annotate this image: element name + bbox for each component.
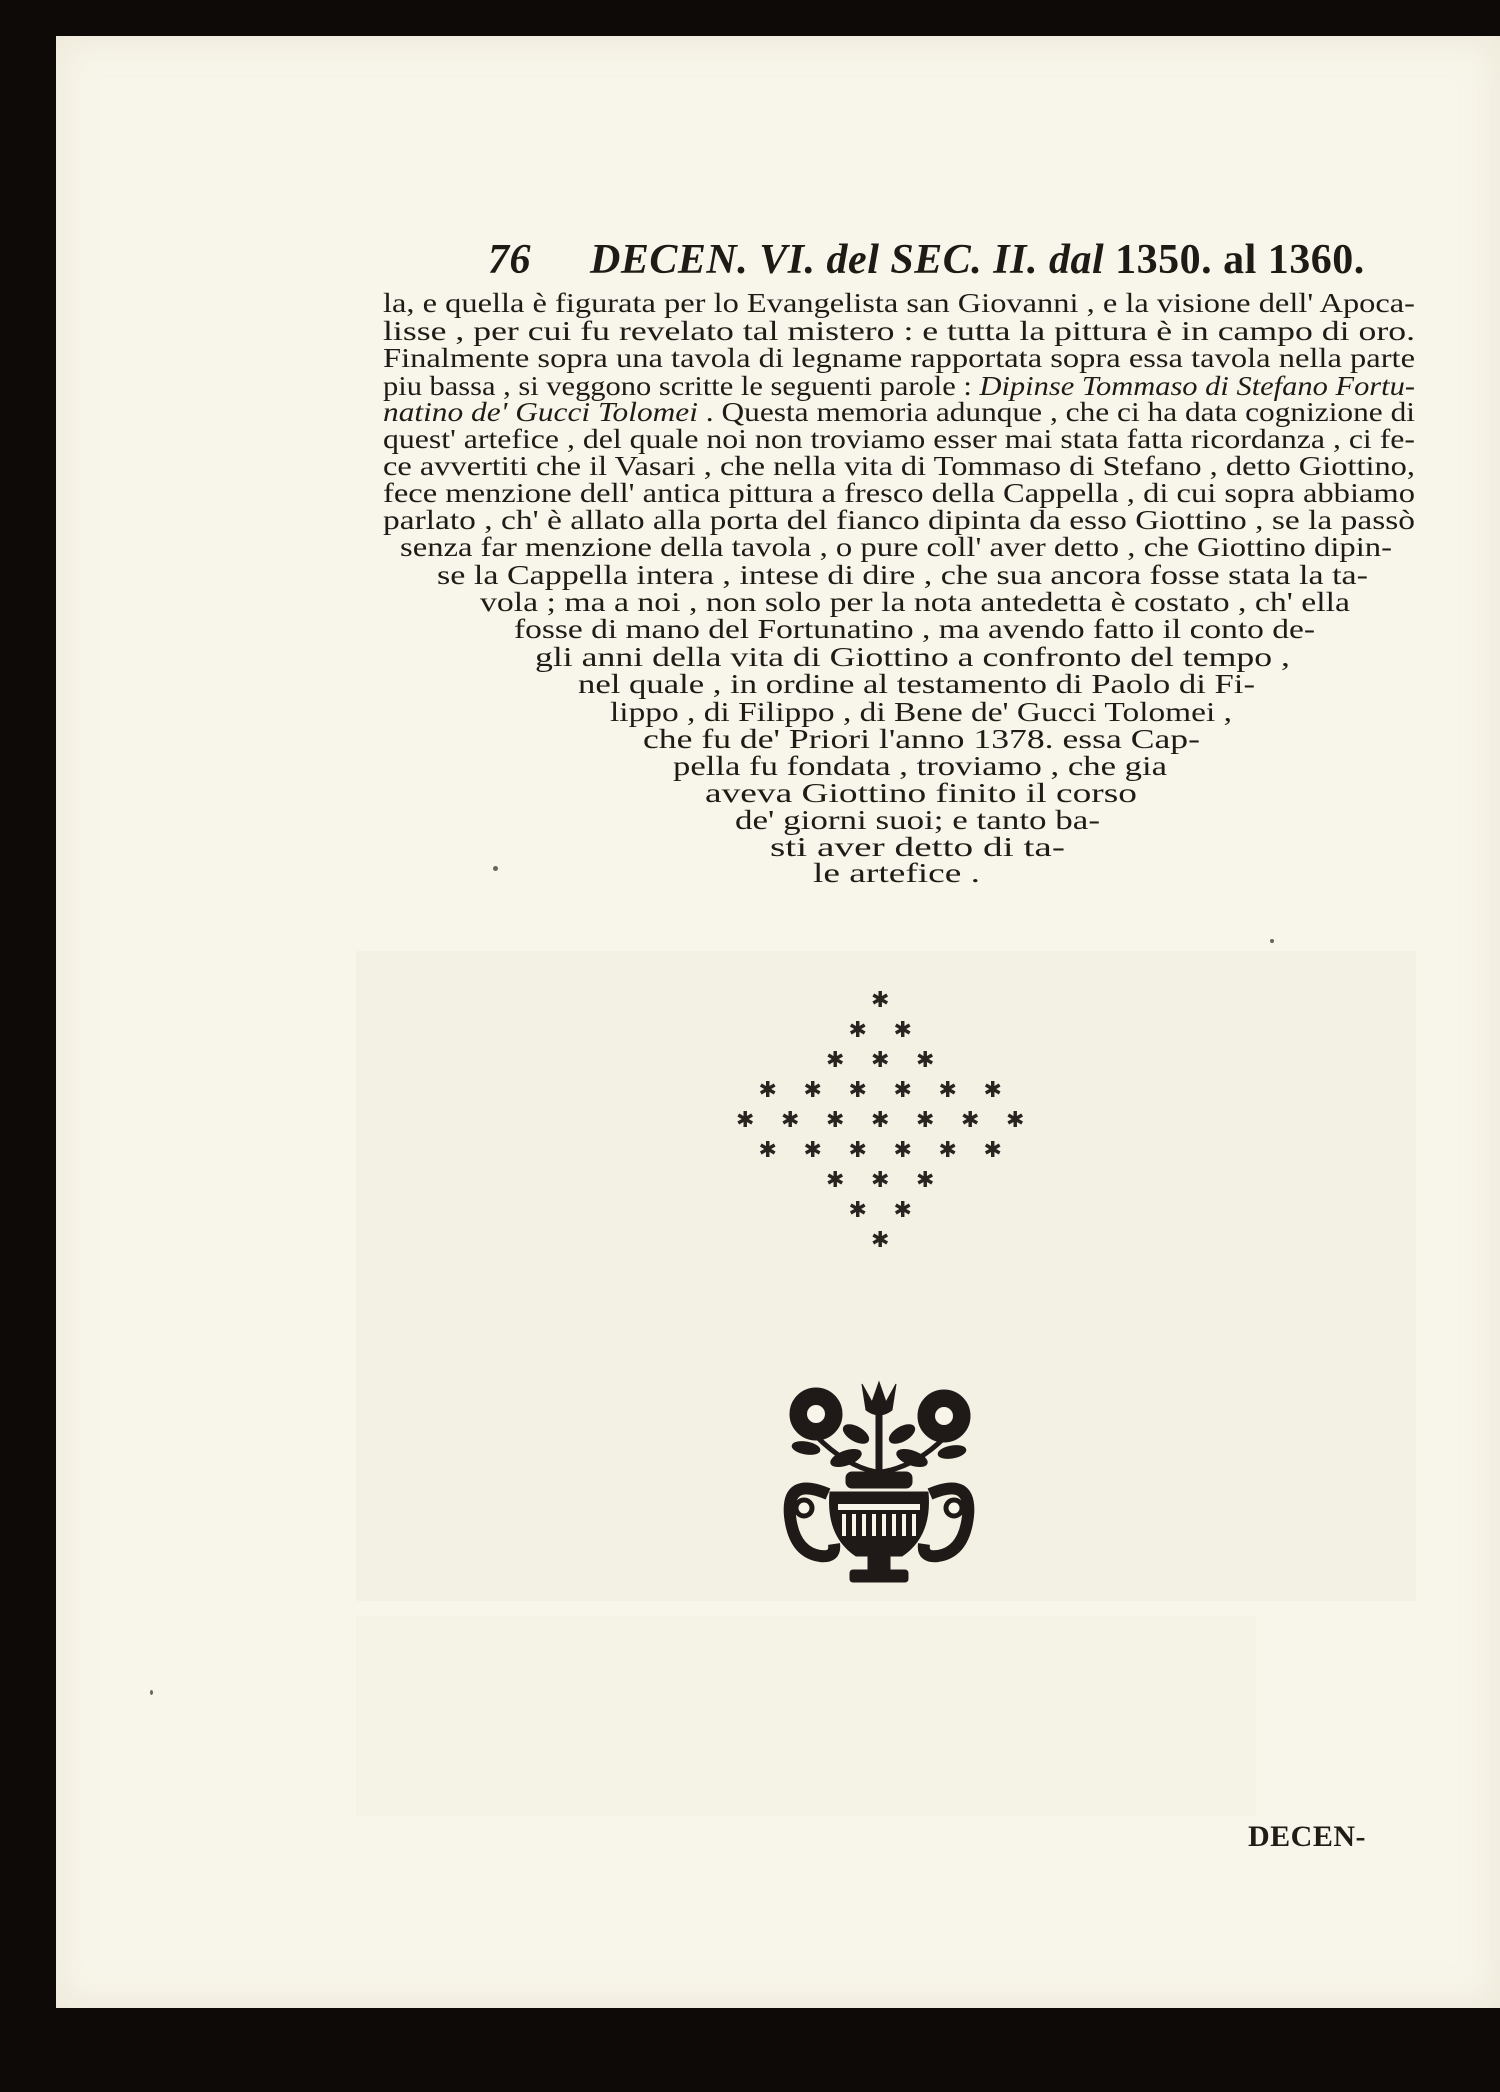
text-line: parlato , ch' è allato alla porta del fi…	[383, 506, 1415, 534]
inscription-italic: natino de' Gucci Tolomei	[383, 397, 698, 427]
text-line: se la Cappella intera , intese di dire ,…	[437, 561, 1368, 589]
text-line: de' giorni suoi; e tanto ba-	[735, 806, 1100, 834]
text-line: fece menzione dell' antica pittura a fre…	[383, 479, 1415, 507]
text-line: senza far menzione della tavola , o pure…	[400, 533, 1392, 561]
flower-vase-woodcut-icon	[776, 1376, 982, 1590]
text-line: lisse , per cui fu revelato tal mistero …	[383, 317, 1415, 345]
text-line: natino de' Gucci Tolomei . Questa memori…	[383, 398, 1415, 426]
text-line: aveva Giottino finito il corso	[705, 779, 1137, 807]
ink-speck	[493, 866, 498, 871]
bleed-through	[356, 1616, 1256, 1816]
text-line: vola ; ma a noi , non solo per la nota a…	[480, 588, 1350, 616]
running-header: 76DECEN. VI. del SEC. II. dal 1350. al 1…	[488, 236, 1488, 286]
text-line: che fu de' Priori l'anno 1378. essa Cap-	[643, 725, 1200, 753]
catchword: DECEN-	[1248, 1820, 1366, 1854]
text-line: ce avvertiti che il Vasari , che nella v…	[383, 452, 1415, 480]
text-line: quest' artefice , del quale noi non trov…	[383, 425, 1415, 453]
running-title-years: 1350. al 1360.	[1115, 237, 1365, 283]
text-line: lippo , di Filippo , di Bene de' Gucci T…	[610, 698, 1232, 726]
text-line: gli anni della vita di Giottino a confro…	[535, 643, 1290, 671]
text-line: pella fu fondata , troviamo , che gia	[673, 752, 1167, 780]
text-line: Finalmente sopra una tavola di legname r…	[383, 344, 1415, 372]
text-line: piu bassa , si veggono scritte le seguen…	[383, 372, 1415, 400]
text-line: le artefice .	[813, 859, 980, 887]
running-title: DECEN. VI. del SEC. II. dal	[590, 237, 1104, 283]
ink-speck	[150, 1690, 153, 1695]
ink-speck	[1270, 939, 1274, 943]
text-line: sti aver detto di ta-	[770, 833, 1065, 861]
text-line: nel quale , in ordine al testamento di P…	[578, 670, 1255, 698]
text-line: fosse di mano del Fortunatino , ma avend…	[514, 615, 1315, 643]
text-line: la, e quella è figurata per lo Evangelis…	[383, 289, 1415, 317]
page-number: 76	[488, 236, 590, 284]
